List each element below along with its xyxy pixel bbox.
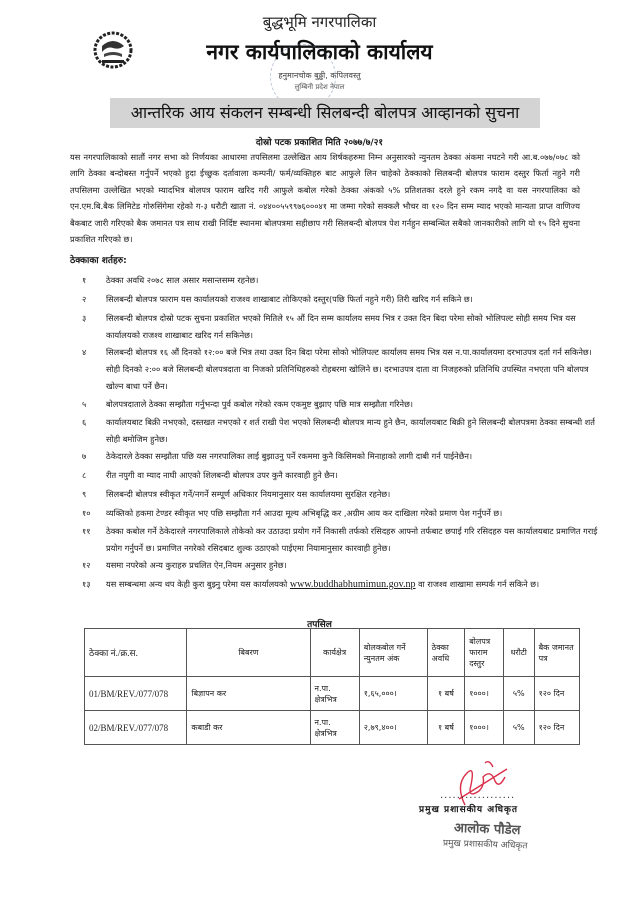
term-number: १० — [82, 505, 102, 522]
term-number: ६ — [82, 414, 102, 431]
term-text: ठेक्का कबोल गर्ने ठेकेदारले नगरपालिकाले … — [106, 523, 606, 557]
cell-duration: १ बर्ष — [427, 677, 465, 711]
term-text: सिलबन्दी बोलपत्र फाराम यस कार्यालयको राज… — [106, 291, 606, 308]
col-contract-no: ठेक्का नं./क्र.स. — [85, 629, 187, 677]
stamp-name: आलोक पौडेल — [454, 818, 521, 838]
notice-title: आन्तरिक आय संकलन सम्बन्धी सिलबन्दी बोलपत… — [110, 101, 540, 123]
publication-date: दोस्रो पटक प्रकाशित मिति २०७७/७/२१ — [0, 135, 639, 148]
col-minimum-bid: बोलकबोल गर्ने न्युनतम अंक — [359, 629, 427, 677]
cell-bank-guarantee: १२० दिन — [534, 711, 579, 745]
term-text-after-link: वा राजश्व शाखामा सम्पर्क गर्न सकिने छ। — [416, 579, 540, 589]
cell-form-fee: १०००। — [465, 677, 504, 711]
term-number: ४ — [82, 344, 102, 361]
table-header-row: ठेक्का नं./क्र.स. बिबरण कार्यक्षेत्र बोल… — [85, 629, 580, 677]
municipality-name: बुद्धभूमि नगरपालिका — [0, 12, 639, 32]
term-text: बोलपत्रदाताले ठेक्का सम्झौता गर्नुभन्दा … — [106, 396, 606, 413]
term-text: यसमा नपरेको अन्य कुराहरु प्रचलित ऐन,नियम… — [106, 557, 606, 574]
term-number: ११ — [82, 523, 102, 540]
term-text: यस सम्बन्धमा अन्य थप केही कुरा बुझ्नु पर… — [106, 576, 606, 593]
term-text: कार्यालयबाट बिक्री नभएको, दस्तखत नभएको र… — [106, 414, 606, 448]
cell-description: बिज्ञापन कर — [187, 677, 310, 711]
term-number: ९ — [82, 486, 102, 503]
term-number: १३ — [82, 576, 102, 593]
contracts-table: ठेक्का नं./क्र.स. बिबरण कार्यक्षेत्र बोल… — [84, 628, 580, 745]
cell-minimum-bid: १,६५,०००। — [359, 677, 427, 711]
col-bank-guarantee: बैक जमानत पत्र — [534, 629, 579, 677]
term-number: १ — [82, 272, 102, 289]
signer-title: प्रमुख प्रशासकीय अधिकृत — [419, 802, 518, 815]
cell-bank-guarantee: १२० दिन — [534, 677, 579, 711]
table-row: 02/BM/REV./077/078 कबाडी कर न.पा. क्षेत्… — [85, 711, 580, 745]
col-work-area: कार्यक्षेत्र — [310, 629, 359, 677]
term-number: १२ — [82, 557, 102, 574]
stamp-title: प्रमुख प्रशासकीय अधिकृत — [443, 836, 528, 852]
term-number: ५ — [82, 396, 102, 413]
cell-description: कबाडी कर — [187, 711, 310, 745]
term-number: २ — [82, 291, 102, 308]
term-text: सिलबन्दी बोलपत्र १६ औं दिनको १२:०० बजे भ… — [106, 344, 606, 395]
term-number: ३ — [82, 310, 102, 327]
cell-contract-no: 01/BM/REV./077/078 — [85, 677, 187, 711]
term-text: सिलबन्दी बोलपत्र स्वीकृत गर्ने/नगर्ने सम… — [106, 486, 606, 503]
term-text-before-link: यस सम्बन्धमा अन्य थप केही कुरा बुझ्नु पर… — [106, 579, 290, 589]
term-text: ठेक्का अवधि २०७८ साल असार मसान्तसम्म रहन… — [106, 272, 606, 289]
col-duration: ठेक्का अवधि — [427, 629, 465, 677]
table-row: 01/BM/REV./077/078 बिज्ञापन कर न.पा. क्ष… — [85, 677, 580, 711]
col-description: बिबरण — [187, 629, 310, 677]
term-text: सिलबन्दी बोलपत्र दोस्रो पटक सुचना प्रकाश… — [106, 310, 606, 344]
cell-contract-no: 02/BM/REV./077/078 — [85, 711, 187, 745]
col-form-fee: बोलपत्र फाराम दस्तुर — [465, 629, 504, 677]
signature-line: .................. — [440, 790, 515, 801]
cell-work-area: न.पा. क्षेत्रभित्र — [310, 711, 359, 745]
term-number: ७ — [82, 448, 102, 465]
cell-deposit: ५% — [503, 677, 534, 711]
cell-duration: १ बर्ष — [427, 711, 465, 745]
website-link[interactable]: www.buddhabhumimun.gov.np — [290, 579, 416, 590]
term-text: व्यक्तिको हकमा टेण्डर स्वीकृत भए पछि सम्… — [106, 505, 606, 522]
term-text: रीत नपुगी वा म्याद नाघी आएको शिलबन्दी बो… — [106, 467, 606, 484]
col-deposit: धरौटी — [503, 629, 534, 677]
cell-minimum-bid: २,७९,४००। — [359, 711, 427, 745]
term-text: ठेकेदारले ठेक्का सम्झौता पछि यस नगरपालिक… — [106, 448, 606, 465]
cell-work-area: न.पा. क्षेत्रभित्र — [310, 677, 359, 711]
cell-form-fee: १०००। — [465, 711, 504, 745]
cell-deposit: ५% — [503, 711, 534, 745]
intro-paragraph: यस नगरपालिकाको सातौं नगर सभा को निर्णयका… — [70, 149, 580, 247]
terms-heading: ठेक्काका शर्तहरु: — [70, 253, 127, 266]
term-number: ८ — [82, 467, 102, 484]
